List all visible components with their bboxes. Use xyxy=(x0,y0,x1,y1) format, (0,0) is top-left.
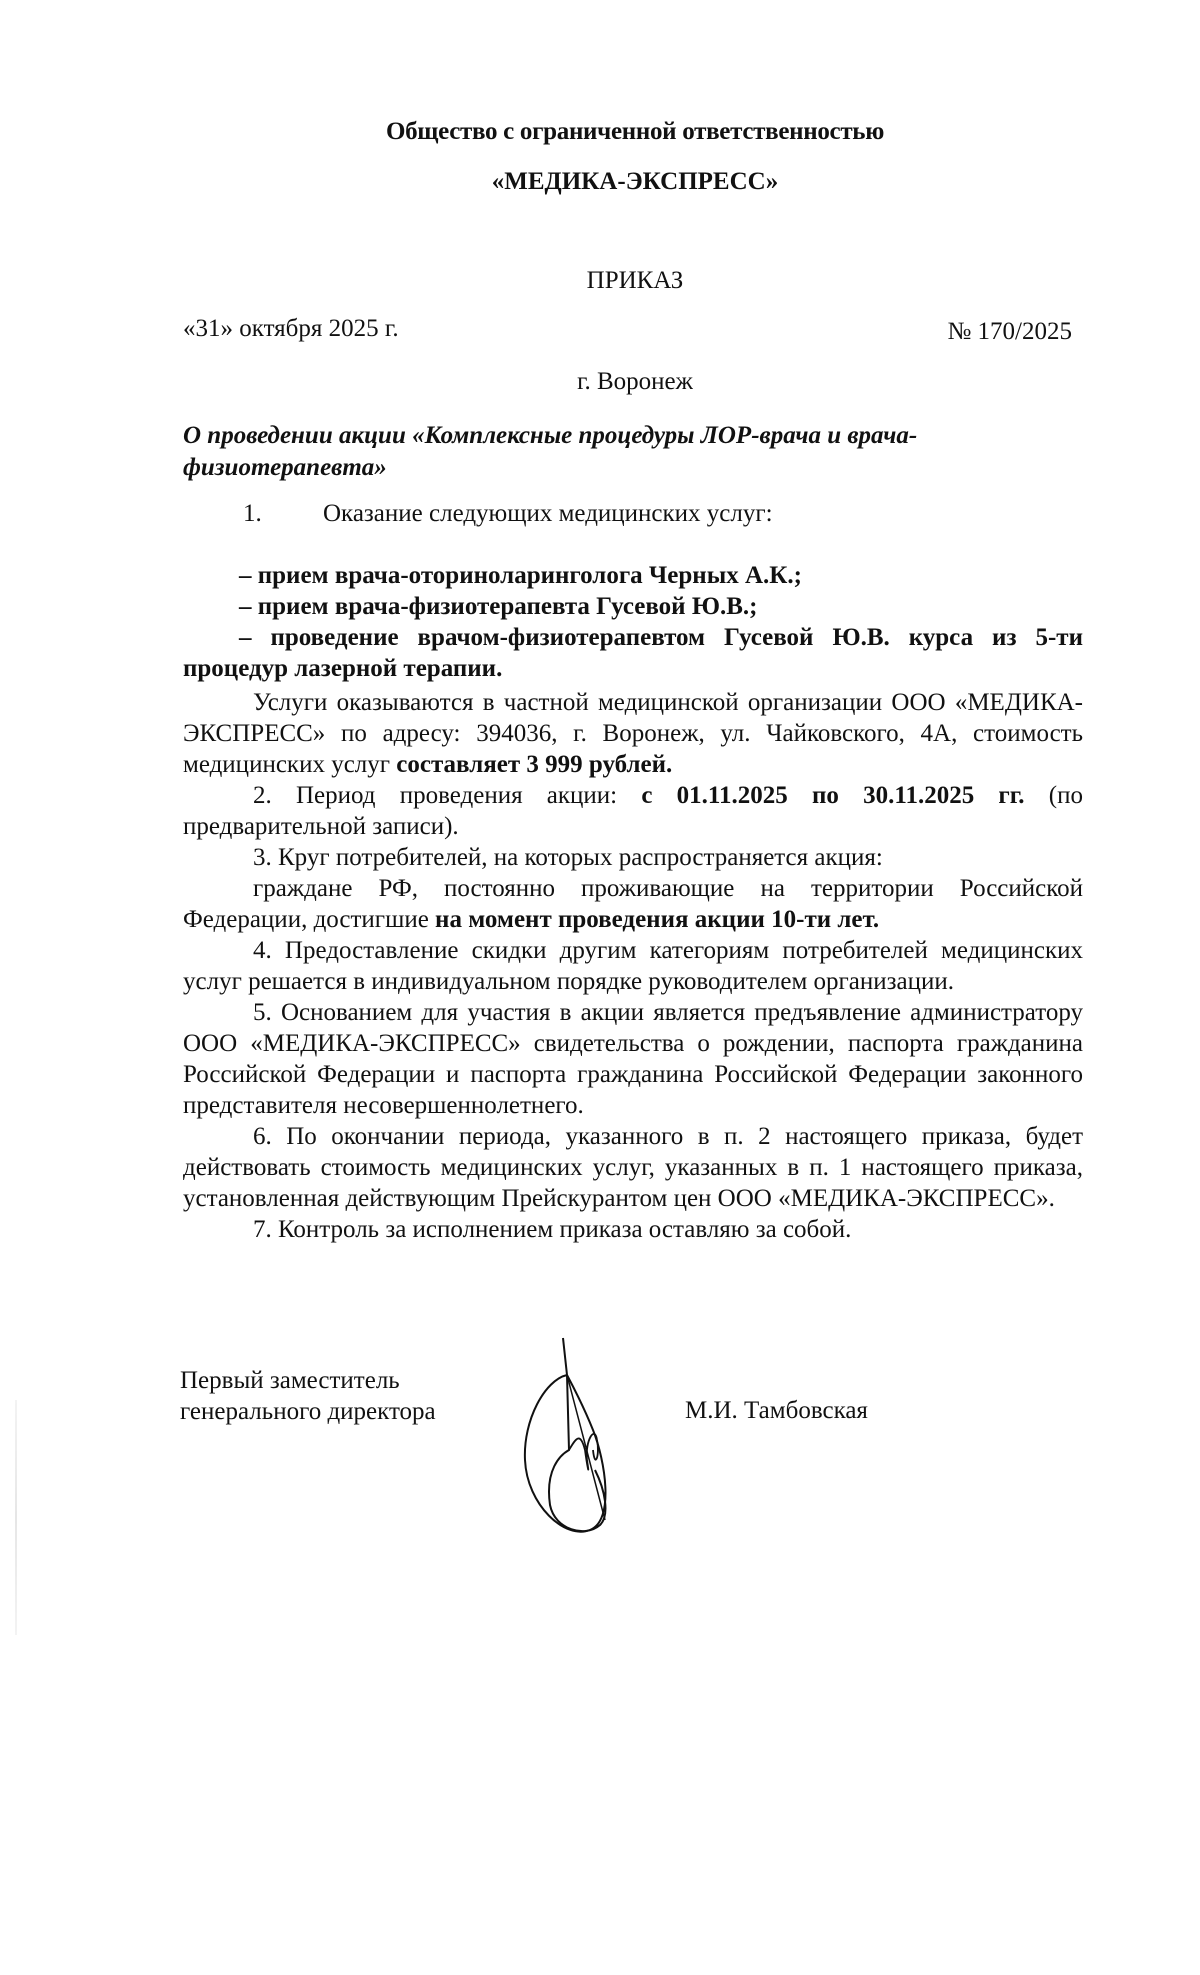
document-number: № 170/2025 xyxy=(947,318,1072,346)
item-3-text: граждане РФ, постоянно проживающие на те… xyxy=(183,873,1083,935)
item-4: 4. Предоставление скидки другим категори… xyxy=(183,935,1083,997)
item-1-heading: 1.Оказание следующих медицинских услуг: xyxy=(183,498,1083,529)
document-subject: О проведении акции «Комплексные процедур… xyxy=(183,420,1083,484)
signer-name: М.И. Тамбовская xyxy=(685,1397,868,1425)
document-page: Общество с ограниченной ответственностью… xyxy=(0,0,1200,1975)
item-6: 6. По окончании периода, указанного в п.… xyxy=(183,1121,1083,1214)
item-3-title: 3. Круг потребителей, на которых распрос… xyxy=(183,842,1083,873)
handwritten-signature-icon xyxy=(505,1330,635,1540)
service-item: – прием врача-оториноларинголога Черных … xyxy=(183,560,1083,591)
document-type: ПРИКАЗ xyxy=(0,267,1200,295)
services-list: – прием врача-оториноларинголога Черных … xyxy=(183,560,1083,684)
organization-name: Общество с ограниченной ответственностью xyxy=(0,118,1200,146)
age-condition: на момент проведения акции 10-ти лет. xyxy=(435,906,879,933)
service-item: – проведение врачом-физиотерапевтом Гусе… xyxy=(183,622,1083,684)
price: составляет 3 999 рублей. xyxy=(396,751,672,778)
scan-edge-artifact xyxy=(15,1400,17,1635)
document-city: г. Воронеж xyxy=(0,368,1200,396)
item-2: 2. Период проведения акции: с 01.11.2025… xyxy=(183,780,1083,842)
item-5: 5. Основанием для участия в акции являет… xyxy=(183,997,1083,1121)
item-1-location: Услуги оказываются в частной медицинской… xyxy=(183,687,1083,780)
document-date: «31» октября 2025 г. xyxy=(183,315,399,343)
item-7: 7. Контроль за исполнением приказа остав… xyxy=(183,1214,1083,1245)
promo-period: с 01.11.2025 по 30.11.2025 гг. xyxy=(641,782,1024,809)
signer-position: Первый заместитель генерального директор… xyxy=(180,1365,436,1427)
order-items: Услуги оказываются в частной медицинской… xyxy=(183,687,1083,1245)
item-1-text: Оказание следующих медицинских услуг: xyxy=(323,500,773,527)
organization-brand: «МЕДИКА-ЭКСПРЕСС» xyxy=(0,168,1200,196)
item-1-number: 1. xyxy=(243,498,323,529)
service-item: – прием врача-физиотерапевта Гусевой Ю.В… xyxy=(183,591,1083,622)
